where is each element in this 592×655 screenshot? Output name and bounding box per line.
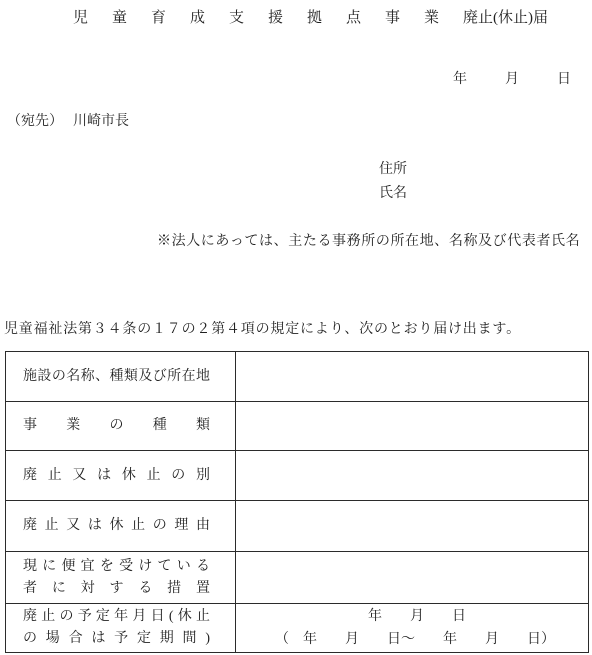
field-label-facility: 施設の名称、種類及び所在地 [6, 352, 235, 401]
field-label-scheduled-date: 廃止の予定年月日(休止 の場合は予定期間) [6, 603, 235, 652]
date-day-label: 日 [557, 68, 571, 88]
address-label: 住所 [379, 158, 407, 182]
field-value-scheduled-date: 年 月 日 （ 年 月 日～ 年 月 日） [235, 603, 588, 652]
field-value-facility [235, 352, 588, 401]
page-title: 児童育成支援拠点事業廃止(休止)届 [73, 6, 548, 27]
title-main: 児童育成支援拠点事業 [73, 10, 463, 26]
field-value-reason [235, 500, 588, 551]
notification-table: 施設の名称、種類及び所在地 事業の種類 廃止又は休止の別 廃止又は休止の理由 現… [5, 351, 589, 653]
field-label-measures-for-users: 現に便宜を受けている 者に対する措置 [6, 551, 235, 603]
field-label-line: 事業の種類 [23, 415, 210, 437]
field-label-abolition-or-suspension: 廃止又は休止の別 [6, 450, 235, 500]
name-label: 氏名 [379, 182, 407, 206]
field-label-line: 現に便宜を受けている [23, 556, 210, 578]
legal-statement: 児童福祉法第３４条の１７の２第４項の規定により、次のとおり届け出ます。 [4, 318, 521, 338]
field-label-line: の場合は予定期間) [23, 628, 210, 650]
field-label-reason: 廃止又は休止の理由 [6, 500, 235, 551]
field-label-business-type: 事業の種類 [6, 401, 235, 450]
field-label-line: 廃止の予定年月日(休止 [23, 606, 210, 628]
field-value-measures-for-users [235, 551, 588, 603]
field-label-line: 廃止又は休止の理由 [23, 515, 210, 537]
document-page: 児童育成支援拠点事業廃止(休止)届 年 月 日 （宛先）川崎市長 住所 氏名 ※… [0, 0, 592, 655]
addressee-line: （宛先）川崎市長 [7, 110, 129, 130]
title-suffix: 廃止(休止)届 [463, 10, 548, 26]
addressee-prefix: （宛先） [7, 114, 63, 129]
field-label-line: 施設の名称、種類及び所在地 [23, 366, 210, 388]
date-line: 年 月 日 [453, 68, 571, 88]
date-month-label: 月 [505, 68, 519, 88]
corporate-note: ※法人にあっては、主たる事務所の所在地、名称及び代表者氏名 [157, 230, 580, 250]
field-label-line: 廃止又は休止の別 [23, 465, 210, 487]
date-year-label: 年 [453, 68, 467, 88]
scheduled-date-placeholder: 年 月 日 [368, 605, 588, 628]
addressee-name: 川崎市長 [73, 114, 129, 129]
field-value-abolition-or-suspension [235, 450, 588, 500]
field-label-line: 者に対する措置 [23, 578, 210, 600]
scheduled-period-placeholder: （ 年 月 日～ 年 月 日） [275, 628, 588, 651]
field-value-business-type [235, 401, 588, 450]
submitter-block: 住所 氏名 [379, 158, 407, 206]
